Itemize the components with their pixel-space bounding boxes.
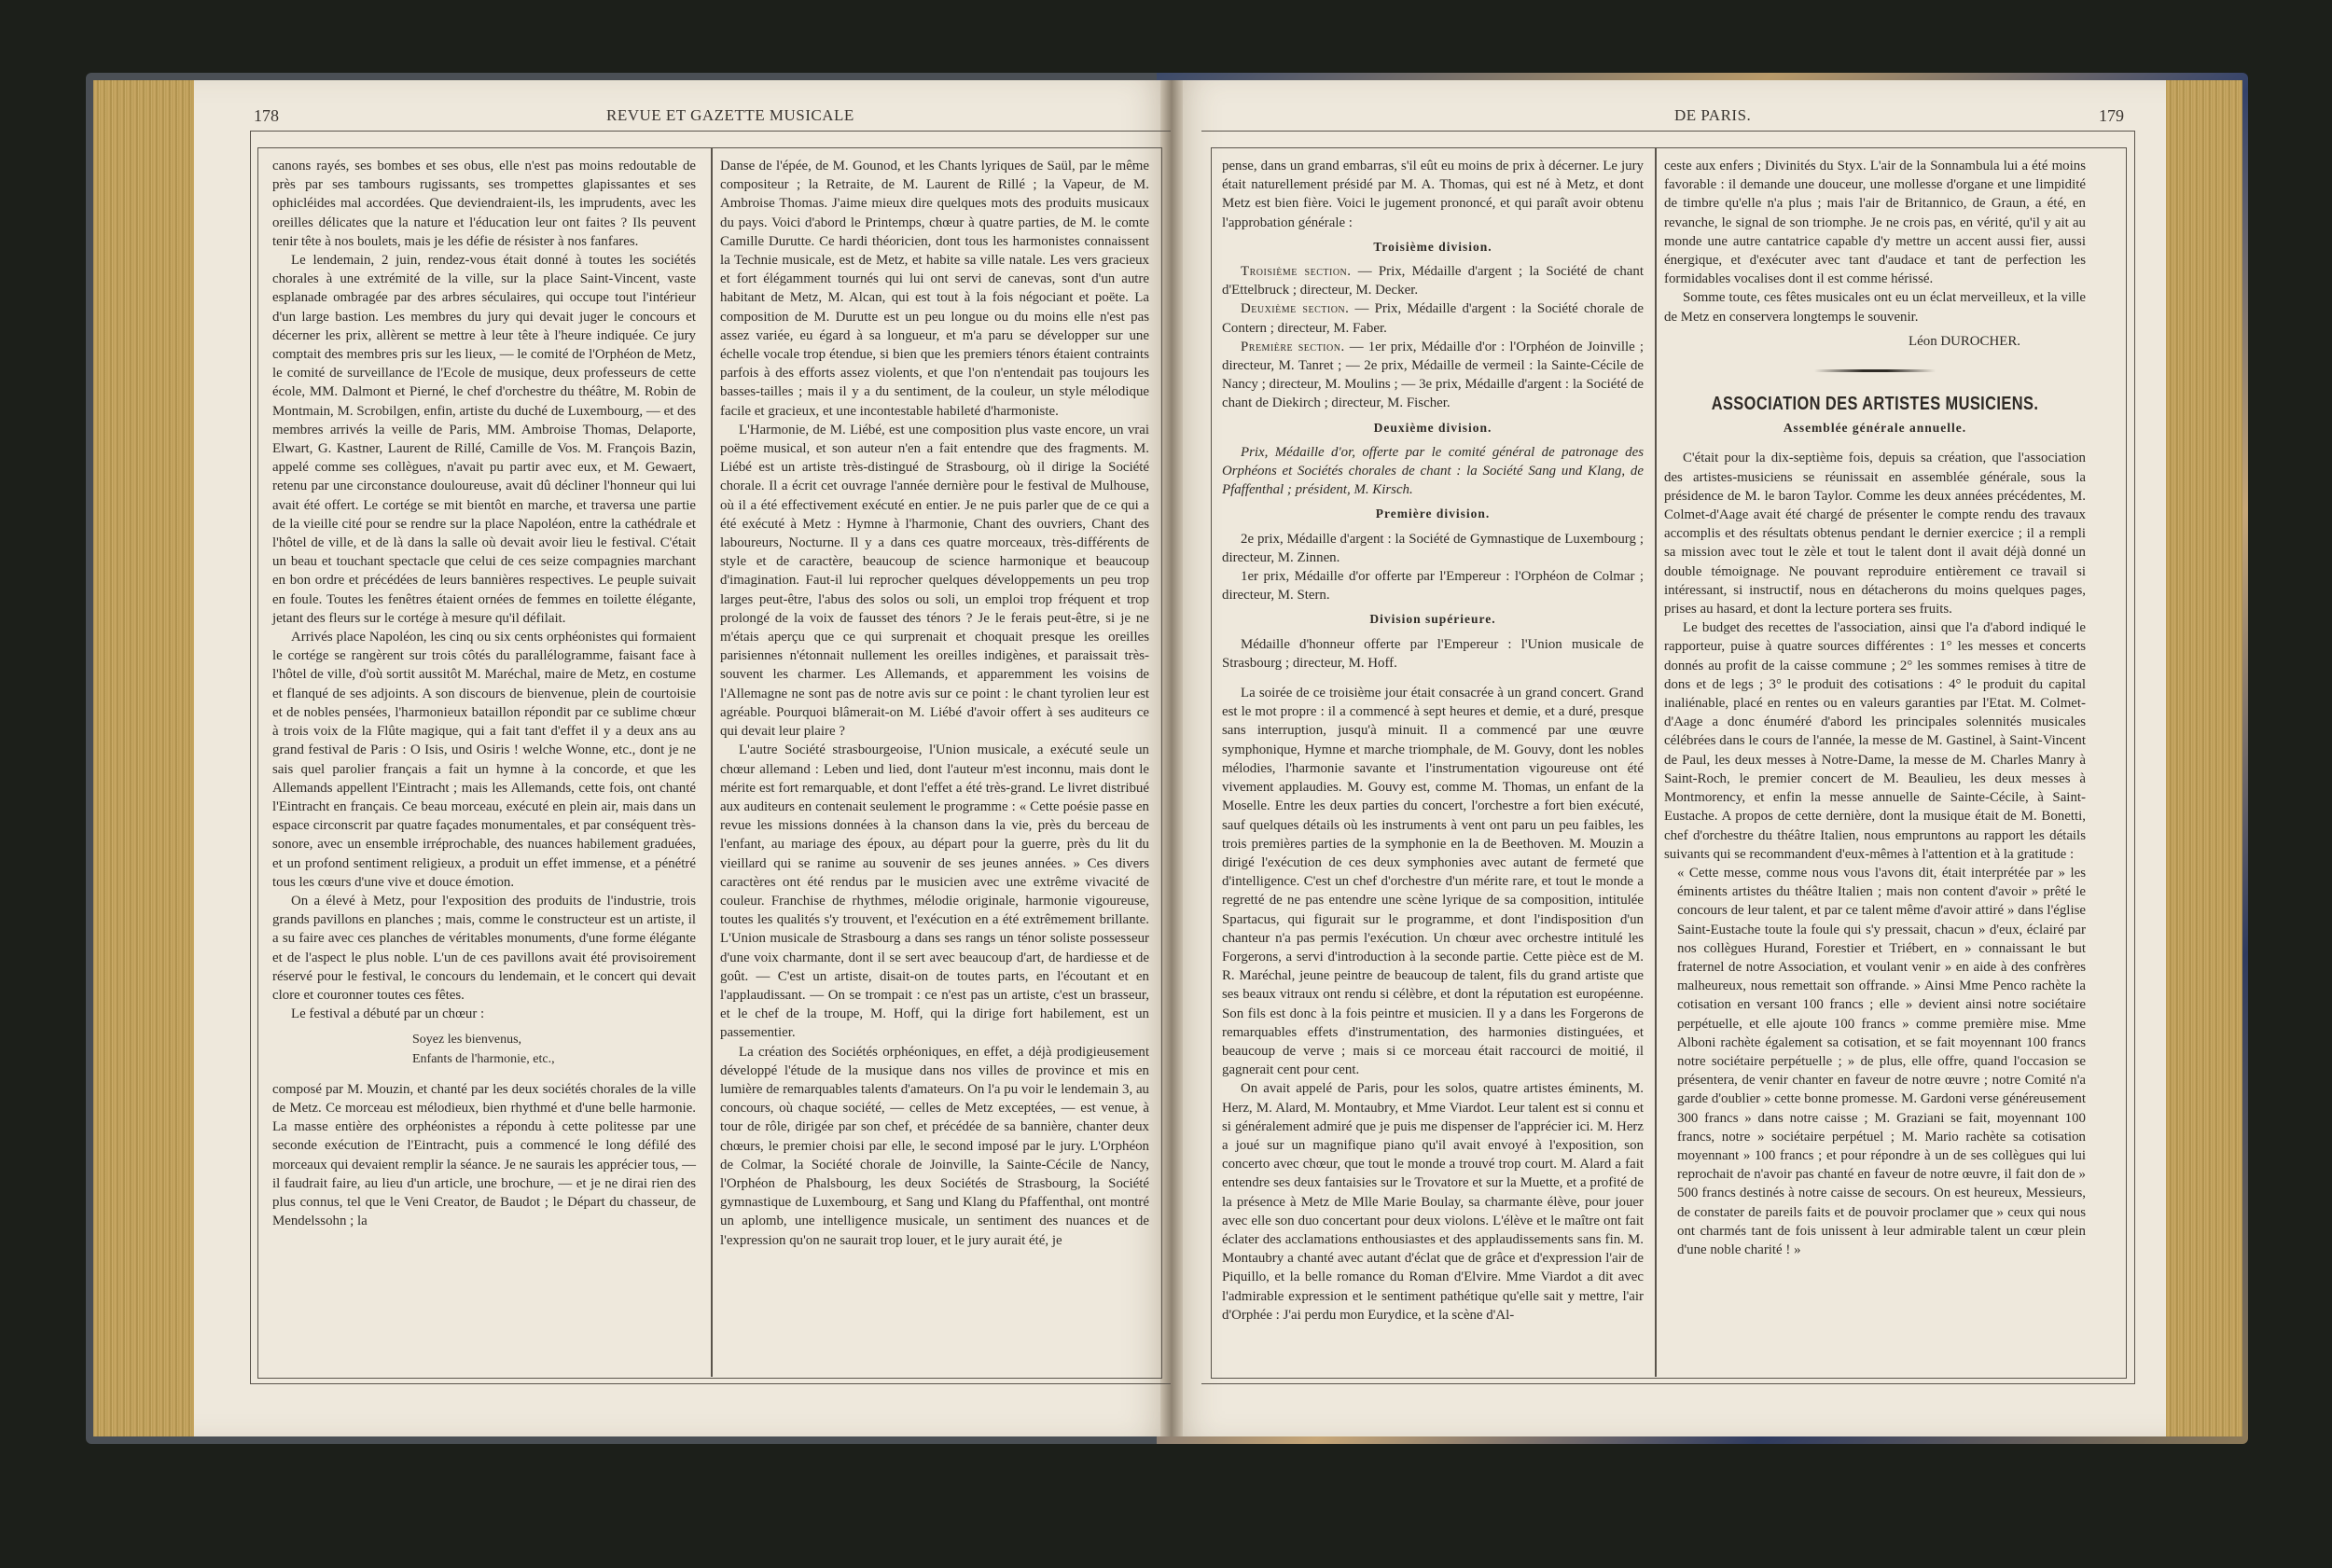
paragraph: L'autre Société strasbourgeoise, l'Union…	[720, 741, 1149, 1042]
verse-line: Enfants de l'harmonie, etc.,	[412, 1050, 696, 1069]
paragraph: On avait appelé de Paris, pour les solos…	[1222, 1079, 1644, 1325]
author-signature: Léon DUROCHER.	[1664, 332, 2086, 351]
left-column-rule	[711, 147, 713, 1377]
award-entry: 2e prix, Médaille d'argent : la Société …	[1222, 530, 1644, 567]
division-heading: Troisième division.	[1222, 238, 1644, 257]
paragraph: Somme toute, ces fêtes musicales ont eu …	[1664, 288, 2086, 326]
left-column-1: canons rayés, ses bombes et ses obus, el…	[272, 157, 696, 1230]
award-entry: 1er prix, Médaille d'or offerte par l'Em…	[1222, 567, 1644, 604]
award-entry: Première section. — 1er prix, Médaille d…	[1222, 338, 1644, 413]
paragraph: C'était pour la dix-septième fois, depui…	[1664, 449, 2086, 618]
right-column-rule	[1655, 147, 1657, 1377]
paragraph: composé par M. Mouzin, et chanté par les…	[272, 1080, 696, 1231]
paragraph: On a élevé à Metz, pour l'exposition des…	[272, 892, 696, 1005]
award-entry: Médaille d'honneur offerte par l'Empereu…	[1222, 635, 1644, 673]
award-entry: Troisième section. — Prix, Médaille d'ar…	[1222, 262, 1644, 299]
verse-quote: Soyez les bienvenus, Enfants de l'harmon…	[272, 1031, 696, 1068]
division-heading: Deuxième division.	[1222, 419, 1644, 437]
paragraph: Arrivés place Napoléon, les cinq ou six …	[272, 628, 696, 892]
right-page-number: 179	[2099, 106, 2124, 126]
right-running-head: DE PARIS.	[1674, 106, 1751, 125]
division-heading: Première division.	[1222, 505, 1644, 523]
paragraph: La soirée de ce troisième jour était con…	[1222, 684, 1644, 1079]
paragraph: ceste aux enfers ; Divinités du Styx. L'…	[1664, 157, 2086, 288]
division-heading: Division supérieure.	[1222, 610, 1644, 629]
left-column-2: Danse de l'épée, de M. Gounod, et les Ch…	[720, 157, 1149, 1250]
paragraph: Le lendemain, 2 juin, rendez-vous était …	[272, 251, 696, 628]
left-page-number: 178	[254, 106, 279, 126]
paragraph: canons rayés, ses bombes et ses obus, el…	[272, 157, 696, 251]
article-subtitle: Assemblée générale annuelle.	[1664, 419, 2086, 437]
paragraph: Le festival a débuté par un chœur :	[272, 1005, 696, 1023]
left-running-head: REVUE ET GAZETTE MUSICALE	[606, 106, 854, 125]
paragraph: Danse de l'épée, de M. Gounod, et les Ch…	[720, 157, 1149, 421]
paragraph: La création des Sociétés orphéoniques, e…	[720, 1043, 1149, 1250]
award-entry: Deuxième section. — Prix, Médaille d'arg…	[1222, 299, 1644, 337]
verse-line: Soyez les bienvenus,	[412, 1031, 696, 1049]
page-edges-left	[93, 80, 196, 1436]
right-column-2: ceste aux enfers ; Divinités du Styx. L'…	[1664, 157, 2086, 1259]
award-entry: Prix, Médaille d'or, offerte par le comi…	[1222, 443, 1644, 500]
page-edges-right	[2166, 80, 2242, 1436]
article-title: ASSOCIATION DES ARTISTES MUSICIENS.	[1702, 395, 2048, 413]
section-separator	[1814, 369, 1936, 372]
paragraph: pense, dans un grand embarras, s'il eût …	[1222, 157, 1644, 232]
paragraph: L'Harmonie, de M. Liébé, est une composi…	[720, 421, 1149, 741]
paragraph: Le budget des recettes de l'association,…	[1664, 618, 2086, 864]
right-column-1: pense, dans un grand embarras, s'il eût …	[1222, 157, 1644, 1325]
quotation-block: « Cette messe, comme nous vous l'avons d…	[1664, 864, 2086, 1259]
